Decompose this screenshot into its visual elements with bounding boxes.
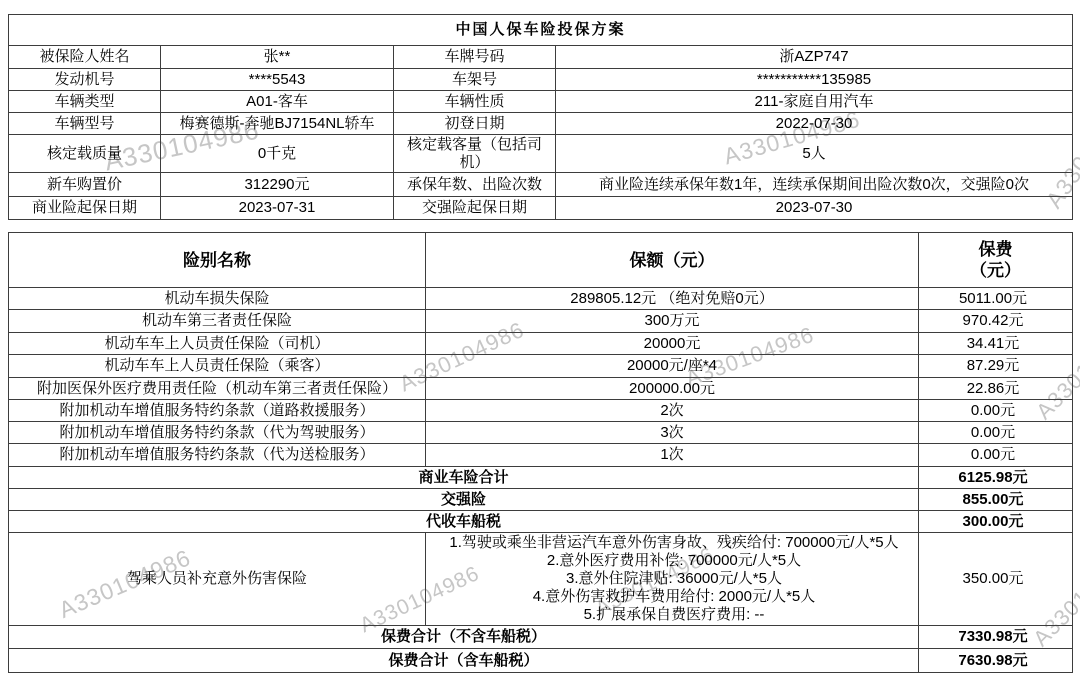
total-label: 保费合计（含车船税）	[9, 649, 919, 673]
coverage-name: 附加机动车增值服务特约条款（代为驾驶服务）	[9, 422, 426, 444]
subtotal-label: 商业车险合计	[9, 467, 919, 489]
coverage-fee: 350.00元	[919, 533, 1073, 626]
subtotal-label: 交强险	[9, 489, 919, 511]
special-line: 4.意外伤害救护车费用给付: 2000元/人*5人	[432, 588, 916, 606]
coverage-name: 机动车车上人员责任保险（司机）	[9, 333, 426, 355]
special-line: 2.意外医疗费用补偿: 700000元/人*5人	[432, 552, 916, 570]
total-fee: 7630.98元	[919, 649, 1073, 673]
info-value: 2023-07-30	[556, 197, 1073, 220]
info-label: 交强险起保日期	[394, 197, 556, 220]
info-label: 车架号	[394, 69, 556, 91]
column-header-fee: 保费 （元）	[919, 233, 1073, 288]
column-header-name: 险别名称	[9, 233, 426, 288]
coverage-amount: 200000.00元	[426, 378, 919, 400]
coverage-fee: 0.00元	[919, 400, 1073, 422]
coverage-amount: 300万元	[426, 310, 919, 333]
subtotal-fee: 300.00元	[919, 511, 1073, 533]
info-label: 初登日期	[394, 113, 556, 135]
coverage-name: 附加机动车增值服务特约条款（道路救援服务）	[9, 400, 426, 422]
column-header-fee-line1: 保费	[921, 239, 1070, 260]
policy-info-table: 中国人保车险投保方案 被保险人姓名 张** 车牌号码 浙AZP747 发动机号 …	[8, 14, 1073, 220]
info-label: 被保险人姓名	[9, 46, 161, 69]
info-label: 车辆性质	[394, 91, 556, 113]
info-value: 2023-07-31	[161, 197, 394, 220]
subtotal-fee: 6125.98元	[919, 467, 1073, 489]
info-label: 发动机号	[9, 69, 161, 91]
coverage-table: 险别名称 保额（元） 保费 （元） 机动车损失保险 289805.12元 （绝对…	[8, 232, 1073, 673]
info-value: 2022-07-30	[556, 113, 1073, 135]
info-value: 0千克	[161, 135, 394, 173]
info-label: 车辆型号	[9, 113, 161, 135]
coverage-amount: 289805.12元 （绝对免赔0元）	[426, 288, 919, 310]
column-header-fee-line2: （元）	[921, 260, 1070, 281]
coverage-fee: 0.00元	[919, 444, 1073, 467]
coverage-amount: 20000元	[426, 333, 919, 355]
special-line: 5.扩展承保自费医疗费用: --	[432, 606, 916, 624]
coverage-name: 机动车车上人员责任保险（乘客）	[9, 355, 426, 378]
info-value: 梅赛德斯-奔驰BJ7154NL轿车	[161, 113, 394, 135]
subtotal-label: 代收车船税	[9, 511, 919, 533]
info-value: 商业险连续承保年数1年，连续承保期间出险次数0次，交强险0次	[556, 173, 1073, 197]
info-value: 5人	[556, 135, 1073, 173]
special-line: 1.驾驶或乘坐非营运汽车意外伤害身故、残疾给付: 700000元/人*5人	[432, 534, 916, 552]
info-value: 312290元	[161, 173, 394, 197]
info-label: 商业险起保日期	[9, 197, 161, 220]
coverage-name: 机动车第三者责任保险	[9, 310, 426, 333]
coverage-fee: 5011.00元	[919, 288, 1073, 310]
coverage-name: 机动车损失保险	[9, 288, 426, 310]
subtotal-fee: 855.00元	[919, 489, 1073, 511]
insurance-proposal-document: A330104986 A330104986 A330104986 A330104…	[0, 0, 1080, 676]
info-value: 211-家庭自用汽车	[556, 91, 1073, 113]
page-title: 中国人保车险投保方案	[9, 15, 1073, 46]
info-value: 张**	[161, 46, 394, 69]
coverage-fee: 0.00元	[919, 422, 1073, 444]
info-label: 核定载质量	[9, 135, 161, 173]
info-value: ****5543	[161, 69, 394, 91]
coverage-name: 附加机动车增值服务特约条款（代为送检服务）	[9, 444, 426, 467]
info-label: 核定载客量（包括司机）	[394, 135, 556, 173]
info-label: 车牌号码	[394, 46, 556, 69]
info-value: ***********135985	[556, 69, 1073, 91]
info-value: A01-客车	[161, 91, 394, 113]
info-label: 车辆类型	[9, 91, 161, 113]
column-header-amount: 保额（元）	[426, 233, 919, 288]
info-label: 新车购置价	[9, 173, 161, 197]
coverage-amount: 3次	[426, 422, 919, 444]
coverage-amount: 1次	[426, 444, 919, 467]
coverage-fee: 34.41元	[919, 333, 1073, 355]
coverage-amount-details: 1.驾驶或乘坐非营运汽车意外伤害身故、残疾给付: 700000元/人*5人 2.…	[426, 533, 919, 626]
special-line: 3.意外住院津贴: 36000元/人*5人	[432, 570, 916, 588]
info-value: 浙AZP747	[556, 46, 1073, 69]
coverage-fee: 970.42元	[919, 310, 1073, 333]
total-label: 保费合计（不含车船税）	[9, 626, 919, 649]
coverage-fee: 87.29元	[919, 355, 1073, 378]
coverage-amount: 2次	[426, 400, 919, 422]
coverage-amount: 20000元/座*4	[426, 355, 919, 378]
total-fee: 7330.98元	[919, 626, 1073, 649]
coverage-fee: 22.86元	[919, 378, 1073, 400]
coverage-name: 附加医保外医疗费用责任险（机动车第三者责任保险）	[9, 378, 426, 400]
coverage-name: 驾乘人员补充意外伤害保险	[9, 533, 426, 626]
info-label: 承保年数、出险次数	[394, 173, 556, 197]
